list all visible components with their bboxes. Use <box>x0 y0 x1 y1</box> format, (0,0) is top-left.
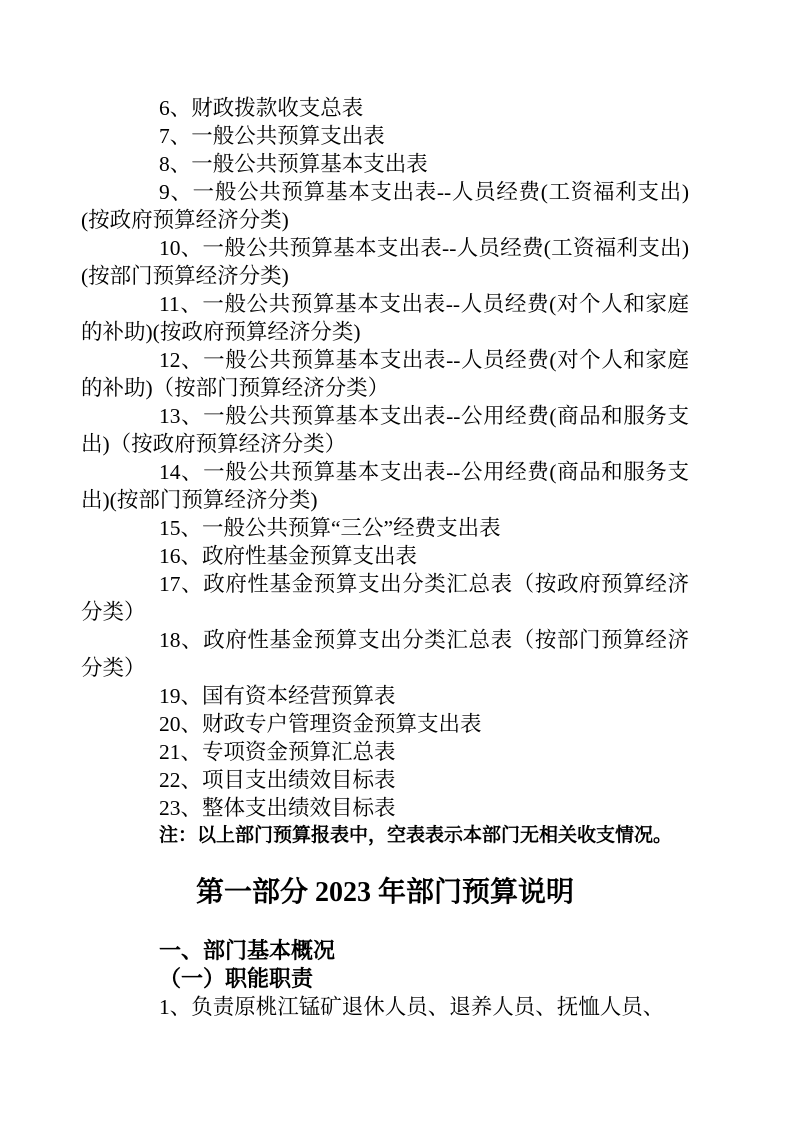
budget-description-section: 一、部门基本概况 （一）职能职责 1、负责原桃江锰矿退休人员、退养人员、抚恤人员… <box>81 937 689 1021</box>
list-item: 10、一般公共预算基本支出表--人员经费(工资福利支出)(按部门预算经济分类) <box>81 234 689 290</box>
list-item: 16、政府性基金预算支出表 <box>81 542 689 570</box>
list-item: 11、一般公共预算基本支出表--人员经费(对个人和家庭的补助)(按政府预算经济分… <box>81 290 689 346</box>
list-item: 6、财政拨款收支总表 <box>81 94 689 122</box>
list-item: 8、一般公共预算基本支出表 <box>81 150 689 178</box>
list-item: 22、项目支出绩效目标表 <box>81 766 689 794</box>
list-item: 12、一般公共预算基本支出表--人员经费(对个人和家庭的补助)（按部门预算经济分… <box>81 346 689 402</box>
list-item: 7、一般公共预算支出表 <box>81 122 689 150</box>
heading-overview: 一、部门基本概况 <box>81 937 689 965</box>
list-item: 14、一般公共预算基本支出表--公用经费(商品和服务支出)(按部门预算经济分类) <box>81 458 689 514</box>
report-note: 注：以上部门预算报表中，空表表示本部门无相关收支情况。 <box>81 822 689 850</box>
budget-report-list: 6、财政拨款收支总表 7、一般公共预算支出表 8、一般公共预算基本支出表 9、一… <box>81 94 689 850</box>
body-paragraph: 1、负责原桃江锰矿退休人员、退养人员、抚恤人员、 <box>81 993 689 1021</box>
heading-duty: （一）职能职责 <box>81 965 689 993</box>
list-item: 19、国有资本经营预算表 <box>81 682 689 710</box>
list-item: 23、整体支出绩效目标表 <box>81 794 689 822</box>
page-content: 6、财政拨款收支总表 7、一般公共预算支出表 8、一般公共预算基本支出表 9、一… <box>0 0 793 1021</box>
list-item: 15、一般公共预算“三公”经费支出表 <box>81 514 689 542</box>
list-item: 13、一般公共预算基本支出表--公用经费(商品和服务支出)（按政府预算经济分类） <box>81 402 689 458</box>
list-item: 9、一般公共预算基本支出表--人员经费(工资福利支出)(按政府预算经济分类) <box>81 178 689 234</box>
list-item: 21、专项资金预算汇总表 <box>81 738 689 766</box>
list-item: 17、政府性基金预算支出分类汇总表（按政府预算经济分类） <box>81 570 689 626</box>
list-item: 18、政府性基金预算支出分类汇总表（按部门预算经济分类） <box>81 626 689 682</box>
document-page: 6、财政拨款收支总表 7、一般公共预算支出表 8、一般公共预算基本支出表 9、一… <box>0 0 793 1122</box>
list-item: 20、财政专户管理资金预算支出表 <box>81 710 689 738</box>
section-title: 第一部分 2023 年部门预算说明 <box>81 871 689 915</box>
